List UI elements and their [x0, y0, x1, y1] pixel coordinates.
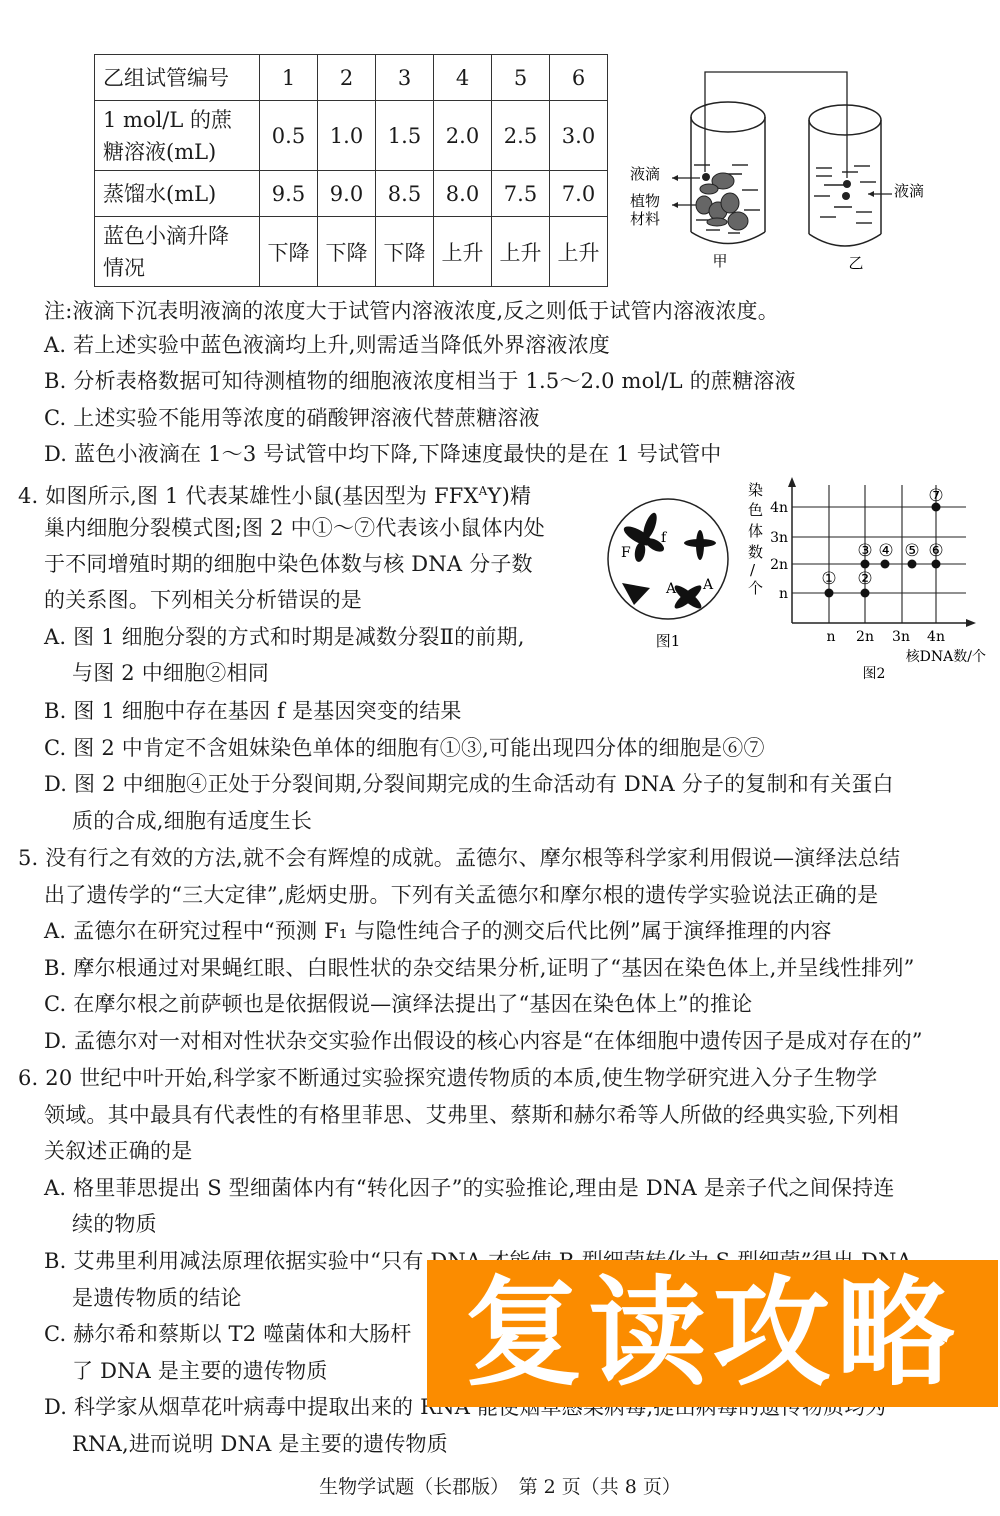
table-cell: 上升 — [434, 217, 492, 287]
tube-number: 3 — [376, 55, 434, 101]
svg-text:4n: 4n — [927, 629, 945, 645]
q6-stem-line-1: 6. 20 世纪中叶开始,科学家不断通过实验探究遗传物质的本质,使生物学研究进入… — [18, 1063, 877, 1093]
droplet-label-right: 液滴 — [894, 182, 924, 200]
plant-material-label: 植物 — [630, 192, 660, 210]
q6-stem-line-2: 领域。其中最具有代表性的有格里菲思、艾弗里、蔡斯和赫尔希等人所做的经典实验,下列… — [44, 1100, 899, 1130]
svg-text:④: ④ — [878, 541, 893, 561]
table-cell: 9.5 — [260, 171, 318, 217]
table-cell: 2.0 — [434, 101, 492, 171]
svg-text:数: 数 — [748, 543, 763, 561]
svg-text:/: / — [750, 561, 756, 579]
tube-number: 6 — [550, 55, 608, 101]
q4-option-c: C. 图 2 中肯定不含姐妹染色单体的细胞有①③,可能出现四分体的细胞是⑥⑦ — [44, 733, 765, 763]
q3-option-a: A. 若上述实验中蓝色液滴均上升,则需适当降低外界溶液浓度 — [44, 330, 610, 360]
svg-text:3n: 3n — [892, 629, 910, 645]
svg-text:⑤: ⑤ — [904, 541, 919, 561]
q6-option-d-cont: RNA,进而说明 DNA 是主要的遗传物质 — [72, 1429, 448, 1459]
droplet-label-left: 液滴 — [630, 165, 660, 183]
q6-option-b-cont: 是遗传物质的结论 — [72, 1283, 242, 1313]
figure-2-caption: 图2 — [863, 666, 886, 682]
beaker-diagram: 甲 乙 液滴 植物 材料 液滴 — [620, 60, 960, 280]
svg-text:4n: 4n — [770, 500, 788, 516]
q4-option-d: D. 图 2 中细胞④正处于分裂间期,分裂间期完成的生命活动有 DNA 分子的复… — [44, 769, 894, 799]
table-cell: 1.5 — [376, 101, 434, 171]
table-header-label: 乙组试管编号 — [95, 55, 260, 101]
q4-option-a: A. 图 1 细胞分裂的方式和时期是减数分裂Ⅱ的前期, — [44, 622, 525, 652]
row-label: 1 mol/L 的蔗糖溶液(mL) — [95, 101, 260, 171]
svg-text:个: 个 — [748, 579, 763, 597]
sucrose-experiment-table: 乙组试管编号 1 2 3 4 5 6 1 mol/L 的蔗糖溶液(mL) 0.5… — [94, 54, 608, 287]
svg-text:体: 体 — [748, 522, 763, 540]
q4-option-a-cont: 与图 2 中细胞②相同 — [72, 658, 269, 688]
figure-1-caption: 图1 — [656, 632, 681, 650]
svg-text:③: ③ — [857, 541, 872, 561]
svg-text:2n: 2n — [856, 629, 874, 645]
svg-text:n: n — [779, 586, 788, 602]
q4-stem-line-4: 的关系图。下列相关分析错误的是 — [44, 585, 362, 615]
table-cell: 7.5 — [492, 171, 550, 217]
q5-option-d: D. 孟德尔对一对相对性状杂交实验作出假设的核心内容是“在体细胞中遗传因子是成对… — [44, 1026, 923, 1056]
q6-option-c-cont: 了 DNA 是主要的遗传物质 — [72, 1356, 328, 1386]
x-tick-labels: n 2n 3n 4n — [826, 629, 944, 645]
svg-text:染: 染 — [748, 481, 763, 499]
table-cell: 下降 — [376, 217, 434, 287]
svg-text:2n: 2n — [770, 557, 788, 573]
svg-text:⑥: ⑥ — [928, 541, 943, 561]
table-cell: 8.5 — [376, 171, 434, 217]
q5-stem-line-2: 出了遗传学的“三大定律”,彪炳史册。下列有关孟德尔和摩尔根的遗传学实验说法正确的… — [44, 880, 878, 910]
row-label: 蒸馏水(mL) — [95, 171, 260, 217]
svg-text:②: ② — [857, 569, 872, 589]
tube-number: 1 — [260, 55, 318, 101]
y-tick-labels: 4n 3n 2n n — [770, 500, 788, 602]
gene-A-label-right: A — [702, 577, 714, 593]
q3-option-b: B. 分析表格数据可知待测植物的细胞液浓度相当于 1.5～2.0 mol/L 的… — [44, 366, 796, 396]
row-label: 蓝色小滴升降情况 — [95, 217, 260, 287]
watermark-banner: 复读攻略 — [427, 1260, 998, 1407]
q5-option-c: C. 在摩尔根之前萨顿也是依据假说—演绎法提出了“基因在染色体上”的推论 — [44, 989, 752, 1019]
table-cell: 2.5 — [492, 101, 550, 171]
svg-text:①: ① — [821, 569, 836, 589]
table-cell: 9.0 — [318, 171, 376, 217]
svg-text:材料: 材料 — [630, 210, 660, 228]
table-cell: 上升 — [550, 217, 608, 287]
q6-option-a-cont: 续的物质 — [72, 1209, 157, 1239]
svg-text:3n: 3n — [770, 530, 788, 546]
beaker-yi-label: 乙 — [848, 254, 863, 272]
q3-note: 注:液滴下沉表明液滴的浓度大于试管内溶液浓度,反之则低于试管内溶液浓度。 — [44, 296, 779, 326]
q4-option-d-cont: 质的合成,细胞有适度生长 — [72, 806, 312, 836]
figure-1-cell: f F A A 图1 — [600, 490, 740, 660]
gene-A-label-left: A — [665, 581, 677, 597]
gene-f-label: f — [661, 530, 668, 546]
gene-F-label: F — [621, 545, 631, 561]
q3-option-c: C. 上述实验不能用等浓度的硝酸钾溶液代替蔗糖溶液 — [44, 403, 540, 433]
table-cell: 1.0 — [318, 101, 376, 171]
beaker-jia-label: 甲 — [712, 252, 727, 270]
table-cell: 上升 — [492, 217, 550, 287]
q5-stem-line-1: 5. 没有行之有效的方法,就不会有辉煌的成就。孟德尔、摩尔根等科学家利用假说—演… — [18, 843, 900, 873]
q4-stem-line-2: 巢内细胞分裂模式图;图 2 中①～⑦代表该小鼠体内处 — [44, 513, 545, 543]
q6-option-a: A. 格里菲思提出 S 型细菌体内有“转化因子”的实验推论,理由是 DNA 是亲… — [44, 1173, 895, 1203]
q6-option-c: C. 赫尔希和蔡斯以 T2 噬菌体和大肠杆 — [44, 1319, 412, 1349]
table-cell: 8.0 — [434, 171, 492, 217]
table-header-row: 乙组试管编号 1 2 3 4 5 6 — [95, 55, 608, 101]
table-cell: 3.0 — [550, 101, 608, 171]
q4-stem-line-3: 于不同增殖时期的细胞中染色体数与核 DNA 分子数 — [44, 549, 533, 579]
svg-text:⑦: ⑦ — [928, 486, 943, 506]
table-cell: 下降 — [318, 217, 376, 287]
q3-option-d: D. 蓝色小液滴在 1～3 号试管中均下降,下降速度最快的是在 1 号试管中 — [44, 439, 722, 469]
tube-number: 2 — [318, 55, 376, 101]
x-axis-label: 核DNA数/个 — [906, 648, 986, 665]
table-row: 蒸馏水(mL) 9.5 9.0 8.5 8.0 7.5 7.0 — [95, 171, 608, 217]
tube-number: 5 — [492, 55, 550, 101]
table-row: 1 mol/L 的蔗糖溶液(mL) 0.5 1.0 1.5 2.0 2.5 3.… — [95, 101, 608, 171]
q5-option-a: A. 孟德尔在研究过程中“预测 F₁ 与隐性纯合子的测交后代比例”属于演绎推理的… — [44, 916, 832, 946]
q4-option-b: B. 图 1 细胞中存在基因 f 是基因突变的结果 — [44, 696, 462, 726]
table-cell: 下降 — [260, 217, 318, 287]
q4-stem-line-1: 4. 如图所示,图 1 代表某雄性小鼠(基因型为 FFXAY)精 — [18, 476, 531, 511]
svg-text:n: n — [826, 629, 835, 645]
figure-2-chart: 染 色 体 数 / 个 4n 3n 2n n n 2n 3n 4n 核DNA数/… — [740, 475, 990, 685]
table-cell: 7.0 — [550, 171, 608, 217]
beaker-jia: 甲 — [691, 102, 765, 270]
table-row: 蓝色小滴升降情况 下降 下降 下降 上升 上升 上升 — [95, 217, 608, 287]
beaker-yi: 乙 — [809, 105, 881, 272]
svg-text:色: 色 — [748, 501, 763, 519]
tube-number: 4 — [434, 55, 492, 101]
page-footer: 生物学试题（长郡版） 第 2 页（共 8 页） — [0, 1472, 1000, 1499]
q5-option-b: B. 摩尔根通过对果蝇红眼、白眼性状的杂交结果分析,证明了“基因在染色体上,并呈… — [44, 953, 915, 983]
q6-stem-line-3: 关叙述正确的是 — [44, 1136, 192, 1166]
table-cell: 0.5 — [260, 101, 318, 171]
